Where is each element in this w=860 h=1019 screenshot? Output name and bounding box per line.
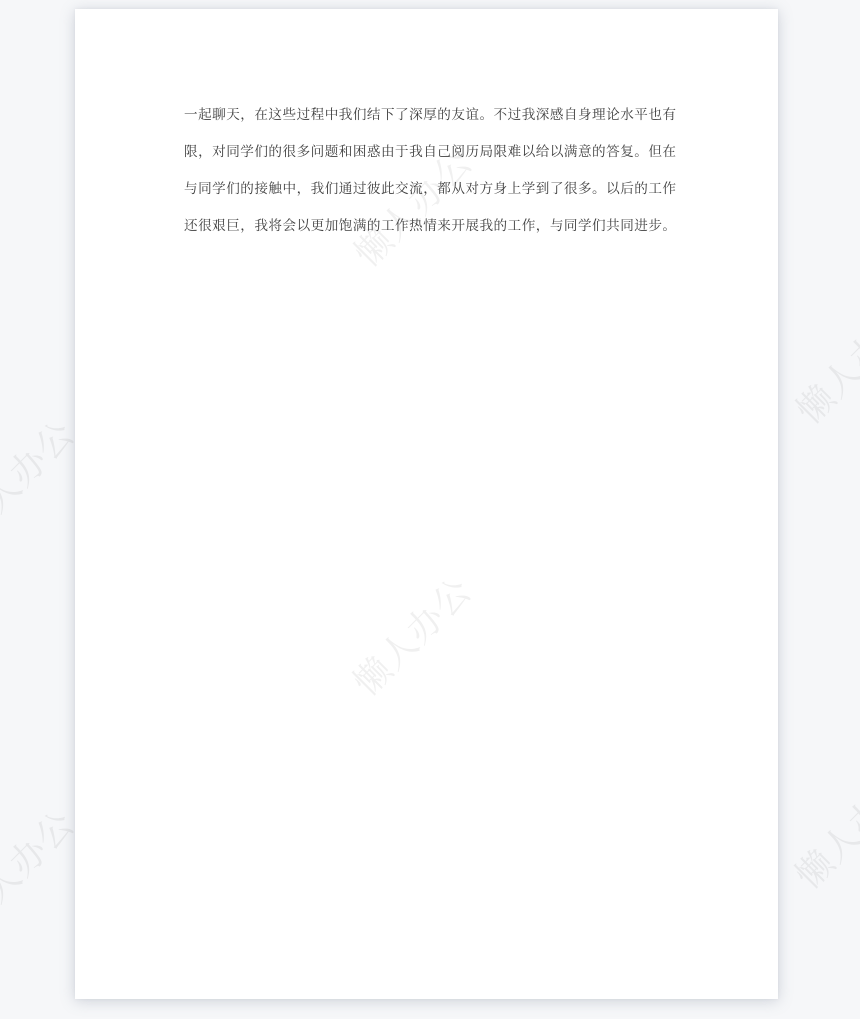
text-line: 与同学们的接触中，我们通过彼此交流，都从对方身上学到了很多。以后的工作: [184, 170, 676, 207]
text-line: 限，对同学们的很多问题和困惑由于我自己阅历局限难以给以满意的答复。但在: [184, 133, 676, 170]
text-line: 一起聊天，在这些过程中我们结下了深厚的友谊。不过我深感自身理论水平也有: [184, 96, 676, 133]
paragraph: 一起聊天，在这些过程中我们结下了深厚的友谊。不过我深感自身理论水平也有 限，对同…: [184, 96, 676, 244]
watermark-text: 懒人办公: [784, 293, 860, 434]
watermark-text: 懒人办公: [0, 798, 84, 939]
document-page: 一起聊天，在这些过程中我们结下了深厚的友谊。不过我深感自身理论水平也有 限，对同…: [75, 9, 778, 999]
watermark-text: 懒人办公: [0, 408, 84, 549]
document-preview-canvas: 一起聊天，在这些过程中我们结下了深厚的友谊。不过我深感自身理论水平也有 限，对同…: [0, 0, 860, 1019]
watermark-text: 懒人办公: [783, 758, 860, 899]
text-line: 还很艰巨，我将会以更加饱满的工作热情来开展我的工作，与同学们共同进步。: [184, 207, 676, 244]
